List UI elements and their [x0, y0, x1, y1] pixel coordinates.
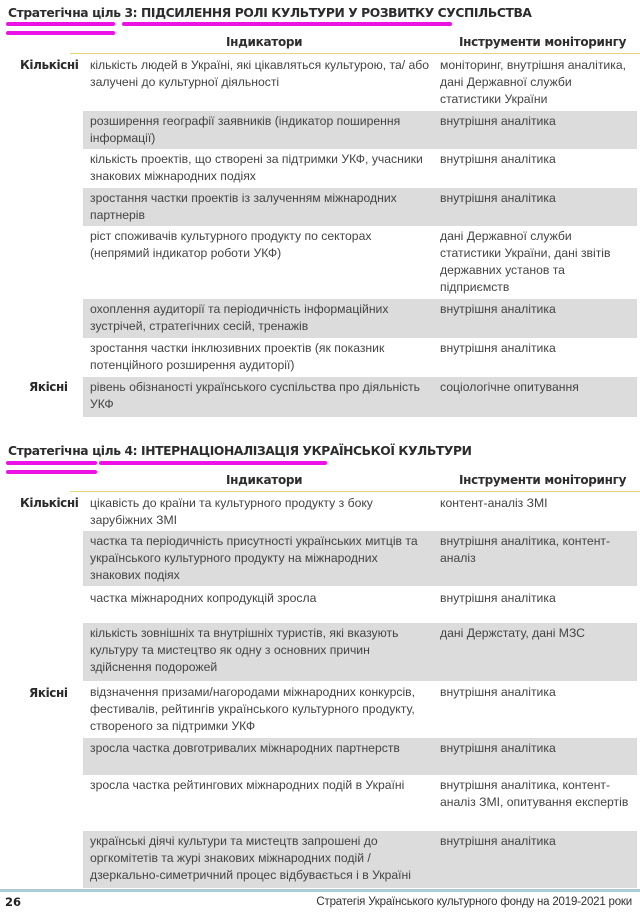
table-row: частка міжнародних копродукцій зросла вн… — [83, 588, 637, 624]
category-quantitative: Кількісні — [20, 58, 78, 72]
indicator-cell: зростання частки інклюзивних проектів (я… — [90, 340, 430, 374]
document-title: Стратегія Українського культурного фонду… — [316, 896, 632, 908]
tool-cell: внутрішня аналітика — [440, 833, 635, 850]
indicator-cell: охоплення аудиторії та періодичність інф… — [90, 301, 430, 335]
table-row: зросла частка довготривалих міжнародних … — [83, 738, 637, 775]
indicator-cell: кількість проектів, що створені за підтр… — [90, 151, 430, 185]
table-row: охоплення аудиторії та періодичність інф… — [83, 299, 637, 338]
tool-cell: дані Держстату, дані МЗС — [440, 625, 635, 642]
column-header-indicators: Індикатори — [226, 473, 302, 487]
page-number: 26 — [5, 895, 21, 909]
tool-cell: внутрішня аналітика — [440, 301, 635, 318]
footer-divider — [0, 889, 640, 892]
table-row: українські діячі культури та мистецтв за… — [83, 831, 637, 888]
category-qualitative: Якісні — [29, 686, 68, 700]
tool-cell: внутрішня аналітика — [440, 113, 635, 130]
table-row: кількість проектів, що створені за підтр… — [83, 149, 637, 188]
tool-cell: моніторинг, внутрішня аналітика, дані Де… — [440, 57, 635, 108]
indicator-cell: зросла частка рейтингових міжнародних по… — [90, 777, 430, 794]
tool-cell: внутрішня аналітика, контент-аналіз ЗМІ,… — [440, 777, 635, 811]
table-row: кількість людей в Україні, які цікавлять… — [83, 55, 637, 111]
goal-4-title: ІНТЕРНАЦІОНАЛІЗАЦІЯ УКРАЇНСЬКОЇ КУЛЬТУРИ — [141, 444, 471, 458]
highlight-mark — [99, 461, 327, 465]
tool-cell: соціологічне опитування — [440, 379, 635, 396]
highlight-mark — [122, 22, 452, 26]
goal-3-title: ПІДСИЛЕННЯ РОЛІ КУЛЬТУРИ У РОЗВИТКУ СУСП… — [141, 6, 532, 20]
category-quantitative: Кількісні — [20, 496, 78, 510]
tool-cell: внутрішня аналітика — [440, 740, 635, 757]
column-header-indicators: Індикатори — [226, 35, 302, 49]
highlight-mark — [6, 22, 115, 26]
tool-cell: дані Державної служби статистики України… — [440, 228, 635, 296]
table-header: Індикатори Інструменти моніторингу — [70, 33, 640, 54]
tool-cell: внутрішня аналітика — [440, 590, 635, 607]
table-row: зросла частка рейтингових міжнародних по… — [83, 775, 637, 831]
goal-3-heading: Стратегічна ціль 3: ПІДСИЛЕННЯ РОЛІ КУЛЬ… — [8, 6, 532, 20]
indicator-cell: ріст споживачів культурного продукту по … — [90, 228, 430, 262]
table-row: цікавість до країни та культурного проду… — [83, 493, 637, 531]
indicator-cell: частка та періодичність присутності укра… — [90, 533, 430, 584]
tool-cell: внутрішня аналітика — [440, 151, 635, 168]
indicator-cell: зростання частки проектів із залученням … — [90, 190, 430, 224]
table-row: зростання частки інклюзивних проектів (я… — [83, 338, 637, 377]
table-row: зростання частки проектів із залученням … — [83, 188, 637, 226]
indicator-cell: розширення географії заявників (індикато… — [90, 113, 430, 147]
goal-3-label: Стратегічна ціль 3: — [8, 6, 141, 20]
indicator-cell: зросла частка довготривалих міжнародних … — [90, 740, 430, 757]
goal-4-label: Стратегічна ціль 4: — [8, 444, 141, 458]
indicator-cell: українські діячі культури та мистецтв за… — [90, 833, 430, 884]
tool-cell: внутрішня аналітика — [440, 684, 635, 701]
tool-cell: контент-аналіз ЗМІ — [440, 495, 635, 512]
indicator-cell: частка міжнародних копродукцій зросла — [90, 590, 430, 607]
table-row: відзначення призами/нагородами міжнародн… — [83, 682, 637, 738]
table-row: ріст споживачів культурного продукту по … — [83, 226, 637, 299]
table-row: рівень обізнаності українського суспільс… — [83, 377, 637, 417]
table-header: Індикатори Інструменти моніторингу — [70, 471, 640, 492]
indicator-cell: кількість людей в Україні, які цікавлять… — [90, 57, 430, 91]
indicator-cell: відзначення призами/нагородами міжнародн… — [90, 684, 430, 735]
goal-4-heading: Стратегічна ціль 4: ІНТЕРНАЦІОНАЛІЗАЦІЯ … — [8, 444, 472, 458]
tool-cell: внутрішня аналітика, контент-аналіз — [440, 533, 635, 567]
indicator-cell: цікавість до країни та культурного проду… — [90, 495, 430, 529]
table-row: частка та періодичність присутності укра… — [83, 531, 637, 586]
tool-cell: внутрішня аналітика — [440, 190, 635, 207]
tool-cell: внутрішня аналітика — [440, 340, 635, 357]
table-row: кількість зовнішніх та внутрішніх турист… — [83, 623, 637, 681]
indicator-cell: рівень обізнаності українського суспільс… — [90, 379, 430, 413]
table-row: розширення географії заявників (індикато… — [83, 111, 637, 149]
highlight-mark — [6, 461, 97, 465]
column-header-tools: Інструменти моніторингу — [459, 35, 626, 49]
category-qualitative: Якісні — [29, 380, 68, 394]
column-header-tools: Інструменти моніторингу — [459, 473, 626, 487]
indicator-cell: кількість зовнішніх та внутрішніх турист… — [90, 625, 430, 676]
